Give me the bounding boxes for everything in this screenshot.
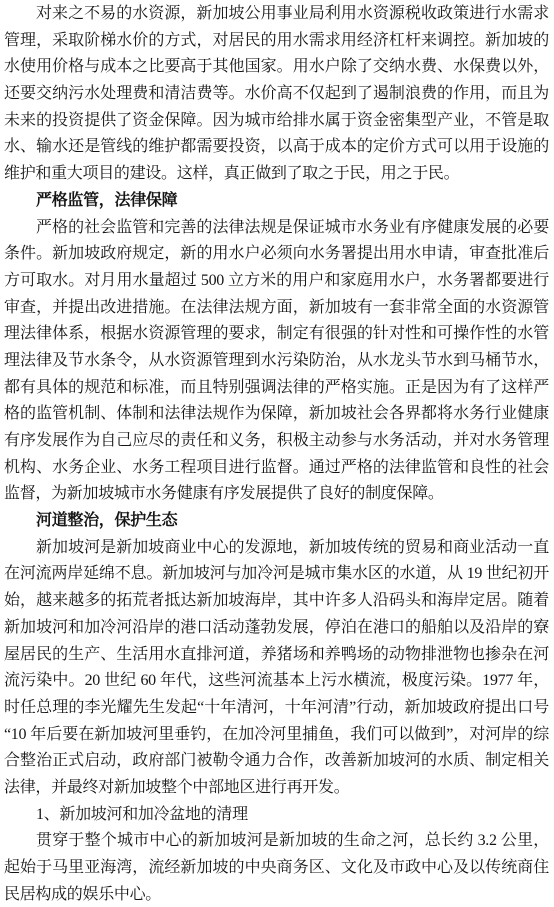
heading-river-cleanup: 河道整治，保护生态 xyxy=(4,508,549,535)
document-page: 对来之不易的水资源，新加坡公用事业局利用水资源税收政策进行水需求管理，采取阶梯水… xyxy=(0,0,554,907)
paragraph-water-pricing: 对来之不易的水资源，新加坡公用事业局利用水资源税收政策进行水需求管理，采取阶梯水… xyxy=(4,1,549,188)
list-item-basin-cleanup-title: 1、新加坡河和加冷盆地的清理 xyxy=(4,802,549,829)
paragraph-singapore-river-description: 贯穿于整个城市中心的新加坡河是新加坡的生命之河，总长约 3.2 公里，起始于马里… xyxy=(4,828,549,907)
paragraph-regulation-law: 严格的社会监管和完善的法律法规是保证城市水务业有序健康发展的必要条件。新加坡政府… xyxy=(4,215,549,509)
heading-strict-regulation: 严格监管，法律保障 xyxy=(4,188,549,215)
paragraph-river-history: 新加坡河是新加坡商业中心的发源地，新加坡传统的贸易和商业活动一直在河流两岸延绵不… xyxy=(4,535,549,802)
